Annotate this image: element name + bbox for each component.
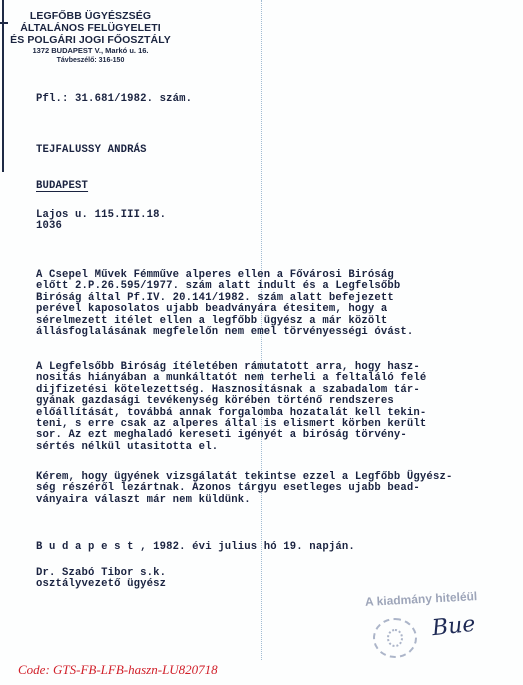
letterhead-line-3: ÉS POLGÁRI JOGI FŐOSZTÁLY bbox=[8, 34, 173, 46]
certification-stamp-text: A kiadmány hiteléül bbox=[365, 589, 478, 609]
letterhead-address: 1372 BUDAPEST V., Markó u. 16. bbox=[8, 46, 173, 56]
date-line: B u d a p e s t , 1982. évi julius hó 19… bbox=[36, 542, 355, 553]
text-line: sértés nélkül utasitotta el. bbox=[36, 442, 506, 453]
letterhead: LEGFŐBB ÜGYÉSZSÉG ÁLTALÁNOS FELÜGYELETI … bbox=[8, 10, 173, 66]
body-paragraph-2: A Legfelsőbb Biróság ítéletében rámutato… bbox=[36, 362, 506, 453]
text-line: perével kaposolatos ujabb beadványára ét… bbox=[36, 304, 506, 315]
document-page: LEGFŐBB ÜGYÉSZSÉG ÁLTALÁNOS FELÜGYELETI … bbox=[0, 0, 523, 685]
signer-title: osztályvezető ügyész bbox=[36, 579, 166, 590]
letterhead-phone: Távbeszélő: 316-150 bbox=[8, 56, 173, 66]
letterhead-line-1: LEGFŐBB ÜGYÉSZSÉG bbox=[8, 10, 173, 22]
body-paragraph-1: A Csepel Művek Fémműve alperes ellen a F… bbox=[36, 270, 506, 338]
round-seal-icon bbox=[373, 618, 417, 658]
letterhead-line-2: ÁLTALÁNOS FELÜGYELETI bbox=[8, 22, 173, 34]
handwritten-signature: Bue bbox=[431, 612, 477, 641]
left-edge-mark bbox=[0, 22, 8, 24]
left-edge-line bbox=[2, 0, 4, 172]
recipient-city: BUDAPEST bbox=[36, 181, 88, 192]
text-line: ványaira választ már nem küldünk. bbox=[36, 495, 506, 506]
recipient-zip: 1036 bbox=[36, 221, 62, 232]
reference-number: Pfl.: 31.681/1982. szám. bbox=[36, 94, 192, 105]
text-line: gyának gazdasági tevékenység körében tör… bbox=[36, 396, 506, 407]
recipient-name: TEJFALUSSY ANDRÁS bbox=[36, 145, 147, 156]
body-paragraph-3: Kérem, hogy ügyének vizsgálatát tekintse… bbox=[36, 472, 506, 506]
text-line: állásfoglalásának megfelelőn nem emel tö… bbox=[36, 327, 506, 338]
document-code-label: Code: GTS-FB-LFB-haszn-LU820718 bbox=[18, 662, 218, 678]
